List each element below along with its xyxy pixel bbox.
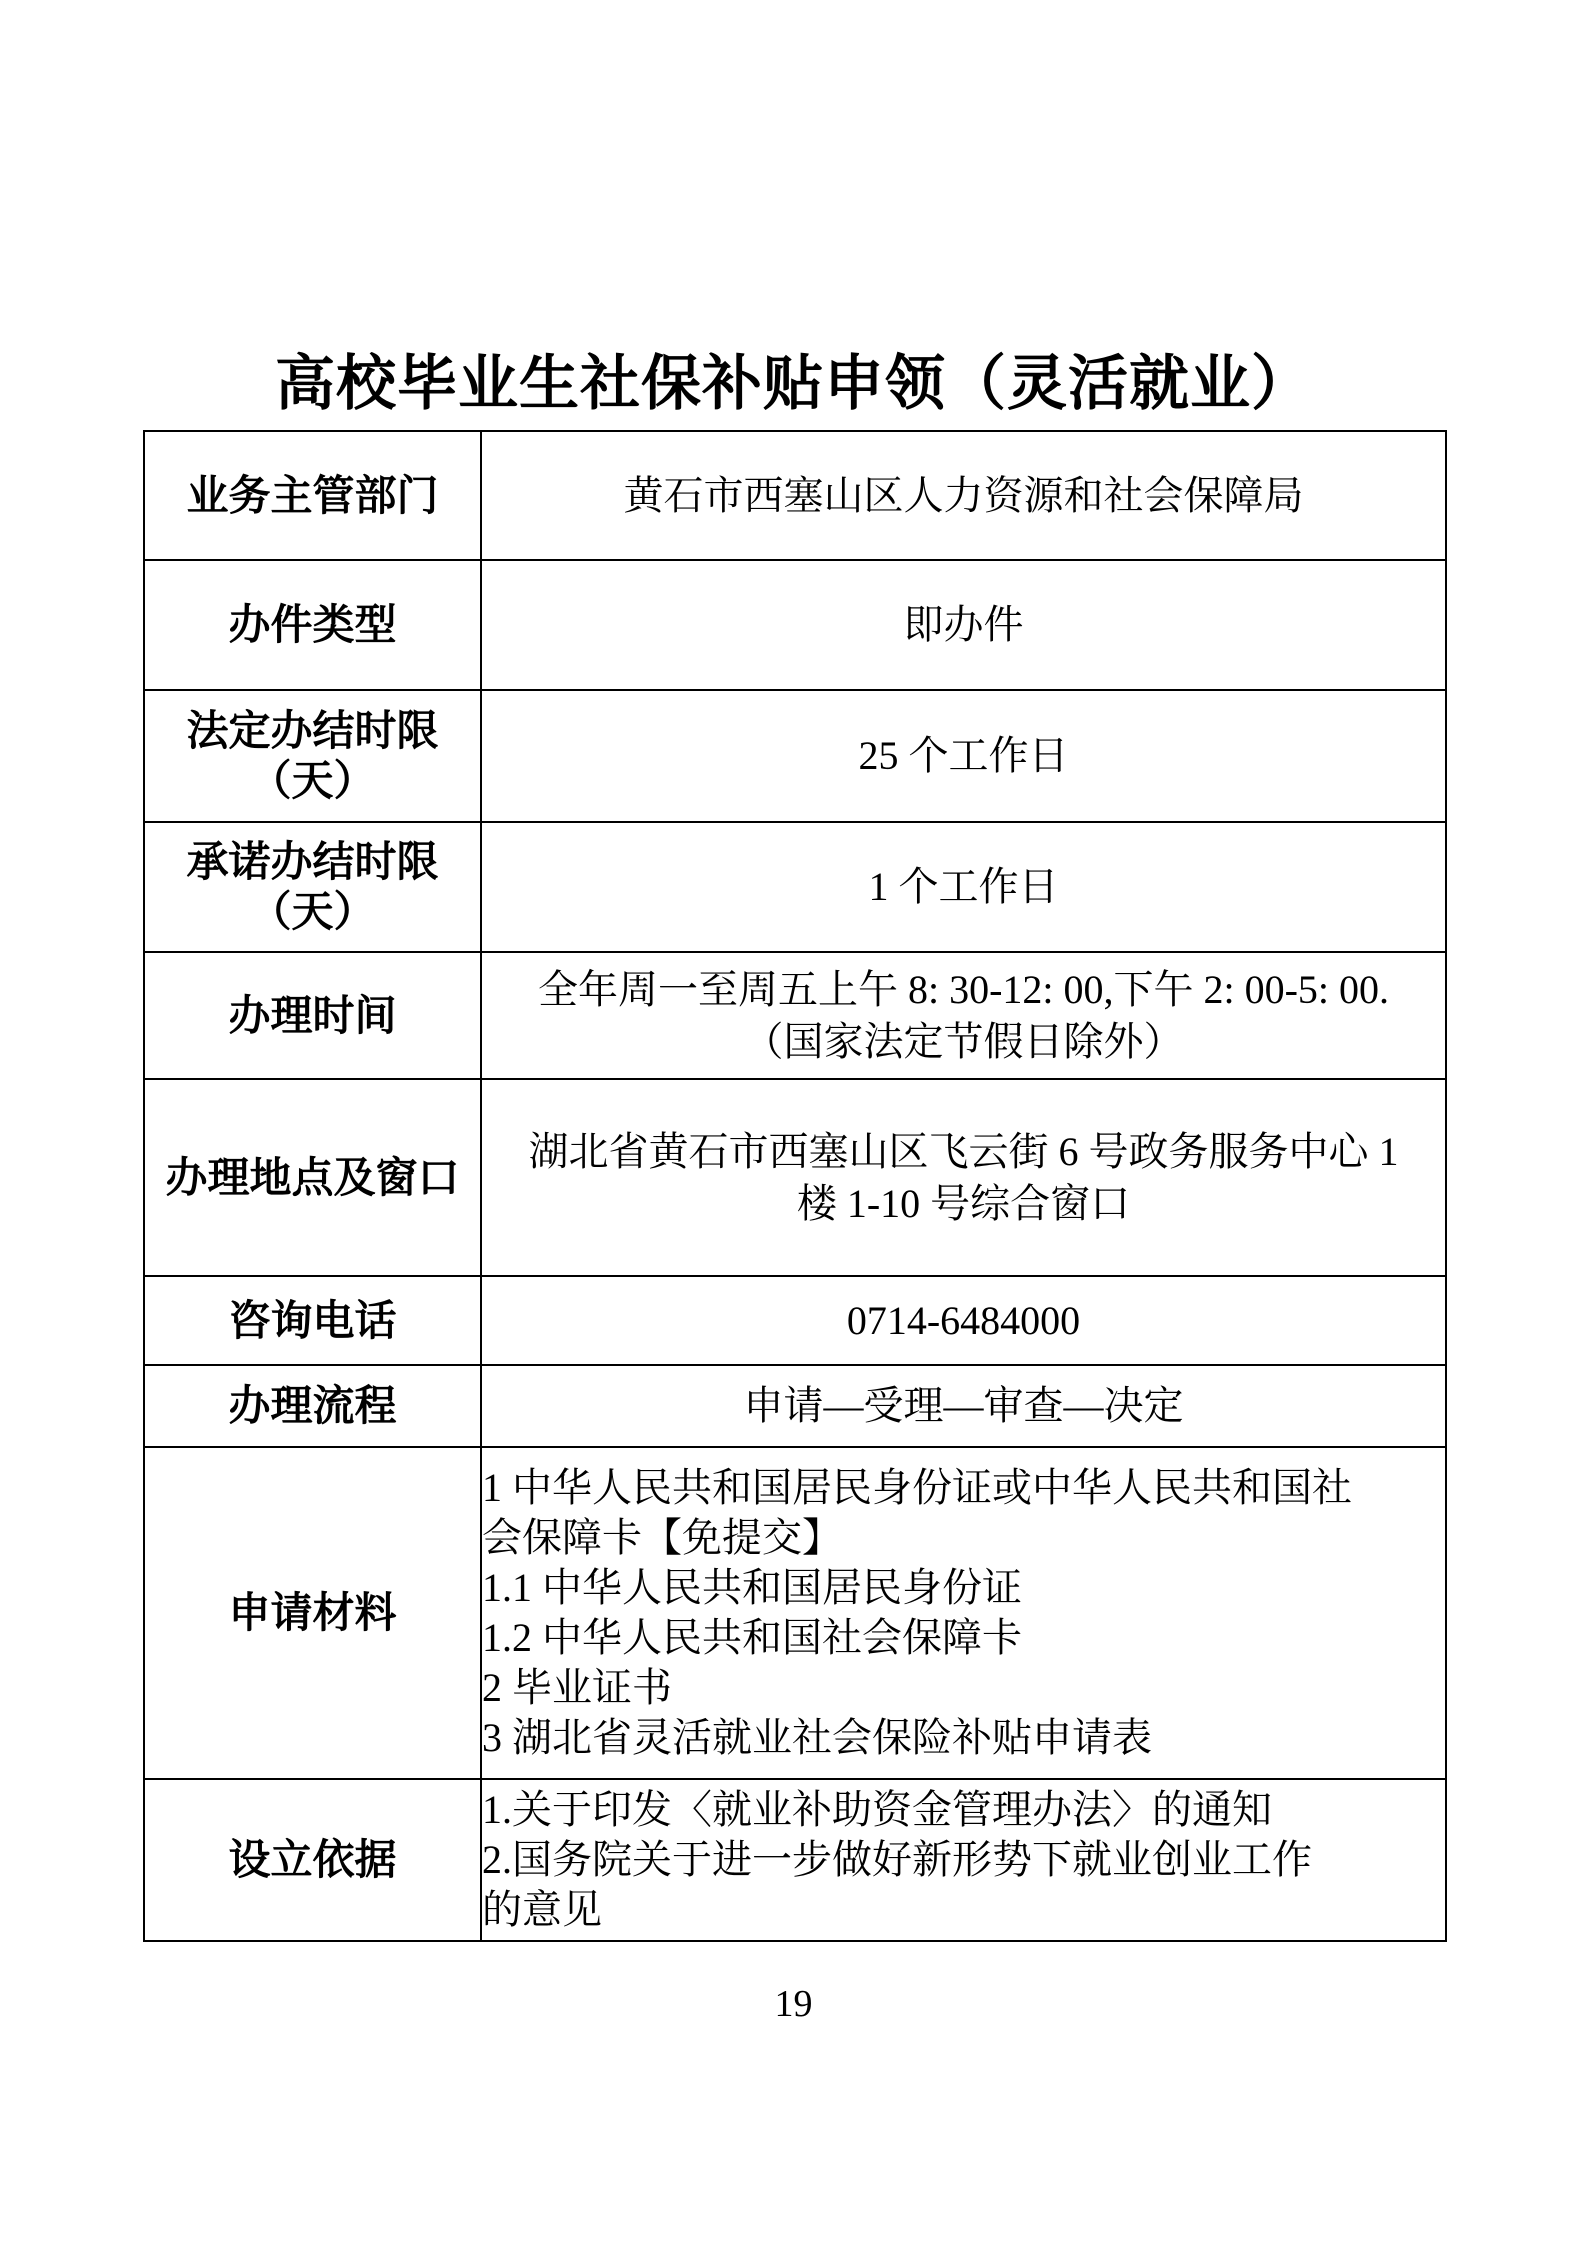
row-business-dept: 业务主管部门 黄石市西塞山区人力资源和社会保障局: [144, 431, 1446, 560]
row-value: 0714-6484000: [481, 1276, 1446, 1365]
value-line: 1.2 中华人民共和国社会保障卡: [482, 1613, 1445, 1663]
row-label: 业务主管部门: [144, 431, 481, 560]
value-line: 楼 1-10 号综合窗口: [482, 1178, 1445, 1230]
row-label: 设立依据: [144, 1779, 481, 1941]
value-line: 0714-6484000: [482, 1295, 1445, 1347]
label-line: 法定办结时限: [145, 706, 480, 756]
document-page: 高校毕业生社保补贴申领（灵活就业） 业务主管部门 黄石市西塞山区人力资源和社会保…: [0, 0, 1587, 2245]
label-line: 咨询电话: [145, 1296, 480, 1346]
value-line: （国家法定节假日除外）: [482, 1016, 1445, 1068]
value-line: 25 个工作日: [482, 730, 1445, 782]
row-value: 黄石市西塞山区人力资源和社会保障局: [481, 431, 1446, 560]
row-value: 25 个工作日: [481, 690, 1446, 822]
row-value: 申请—受理—审查—决定: [481, 1365, 1446, 1447]
row-label: 承诺办结时限 （天）: [144, 822, 481, 952]
page-number: 19: [0, 1982, 1587, 2026]
row-value: 1.关于印发〈就业补助资金管理办法〉的通知 2.国务院关于进一步做好新形势下就业…: [481, 1779, 1446, 1941]
row-value: 即办件: [481, 560, 1446, 690]
value-line: 2 毕业证书: [482, 1663, 1445, 1713]
value-line: 的意见: [482, 1885, 1445, 1935]
value-line: 全年周一至周五上午 8: 30-12: 00,下午 2: 00-5: 00.: [482, 964, 1445, 1016]
row-handling-time: 办理时间 全年周一至周五上午 8: 30-12: 00,下午 2: 00-5: …: [144, 952, 1446, 1079]
row-label: 办件类型: [144, 560, 481, 690]
label-line: 办理时间: [145, 991, 480, 1041]
label-line: （天）: [145, 887, 480, 937]
row-handling-location: 办理地点及窗口 湖北省黄石市西塞山区飞云街 6 号政务服务中心 1 楼 1-10…: [144, 1079, 1446, 1276]
value-line: 1.关于印发〈就业补助资金管理办法〉的通知: [482, 1785, 1445, 1835]
row-label: 法定办结时限 （天）: [144, 690, 481, 822]
label-line: 办件类型: [145, 600, 480, 650]
label-line: 承诺办结时限: [145, 837, 480, 887]
label-line: 业务主管部门: [145, 471, 480, 521]
value-line: 湖北省黄石市西塞山区飞云街 6 号政务服务中心 1: [482, 1126, 1445, 1178]
row-application-materials: 申请材料 1 中华人民共和国居民身份证或中华人民共和国社 会保障卡【免提交】 1…: [144, 1447, 1446, 1779]
row-promised-time-limit: 承诺办结时限 （天） 1 个工作日: [144, 822, 1446, 952]
value-line: 1 个工作日: [482, 861, 1445, 913]
row-value: 1 中华人民共和国居民身份证或中华人民共和国社 会保障卡【免提交】 1.1 中华…: [481, 1447, 1446, 1779]
page-title: 高校毕业生社保补贴申领（灵活就业）: [0, 348, 1587, 420]
label-line: （天）: [145, 756, 480, 806]
row-legal-time-limit: 法定办结时限 （天） 25 个工作日: [144, 690, 1446, 822]
label-line: 设立依据: [145, 1835, 480, 1885]
row-consultation-phone: 咨询电话 0714-6484000: [144, 1276, 1446, 1365]
row-label: 办理时间: [144, 952, 481, 1079]
value-line: 1 中华人民共和国居民身份证或中华人民共和国社: [482, 1463, 1445, 1513]
row-case-type: 办件类型 即办件: [144, 560, 1446, 690]
row-handling-process: 办理流程 申请—受理—审查—决定: [144, 1365, 1446, 1447]
row-value: 湖北省黄石市西塞山区飞云街 6 号政务服务中心 1 楼 1-10 号综合窗口: [481, 1079, 1446, 1276]
value-line: 1.1 中华人民共和国居民身份证: [482, 1563, 1445, 1613]
value-line: 2.国务院关于进一步做好新形势下就业创业工作: [482, 1835, 1445, 1885]
service-info-table: 业务主管部门 黄石市西塞山区人力资源和社会保障局 办件类型 即办件 法定办结时限…: [143, 430, 1447, 1942]
row-label: 申请材料: [144, 1447, 481, 1779]
row-label: 办理地点及窗口: [144, 1079, 481, 1276]
row-establishment-basis: 设立依据 1.关于印发〈就业补助资金管理办法〉的通知 2.国务院关于进一步做好新…: [144, 1779, 1446, 1941]
value-line: 3 湖北省灵活就业社会保险补贴申请表: [482, 1713, 1445, 1763]
row-value: 1 个工作日: [481, 822, 1446, 952]
label-line: 办理地点及窗口: [145, 1153, 480, 1203]
value-line: 申请—受理—审查—决定: [482, 1380, 1445, 1432]
label-line: 申请材料: [145, 1588, 480, 1638]
row-label: 办理流程: [144, 1365, 481, 1447]
row-value: 全年周一至周五上午 8: 30-12: 00,下午 2: 00-5: 00. （…: [481, 952, 1446, 1079]
row-label: 咨询电话: [144, 1276, 481, 1365]
value-line: 黄石市西塞山区人力资源和社会保障局: [482, 470, 1445, 522]
value-line: 即办件: [482, 599, 1445, 651]
label-line: 办理流程: [145, 1381, 480, 1431]
value-line: 会保障卡【免提交】: [482, 1513, 1445, 1563]
